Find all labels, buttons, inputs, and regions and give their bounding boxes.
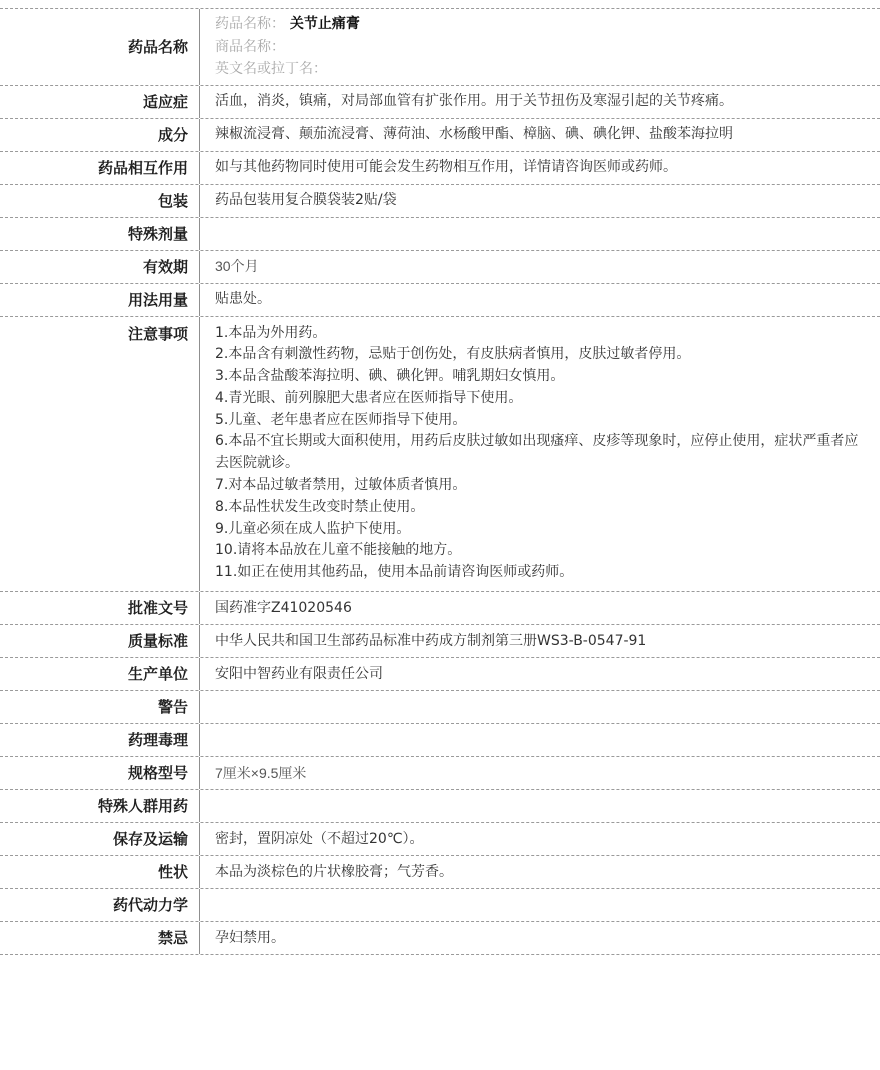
table-row-manufacturer: 生产单位 安阳中智药业有限责任公司 [0,658,880,691]
note-line: 7.对本品过敏者禁用，过敏体质者慎用。 [215,475,866,497]
table-row-packaging: 包装 药品包装用复合膜袋装2贴/袋 [0,185,880,218]
row-value: 药品包装用复合膜袋装2贴/袋 [200,185,880,217]
name-line: 商品名称： [215,36,866,59]
table-row-drug-interactions: 药品相互作用 如与其他药物同时使用可能会发生药物相互作用，详情请咨询医师或药师。 [0,152,880,185]
row-label: 药理毒理 [0,724,200,756]
row-label: 注意事项 [0,317,200,592]
note-line: 9.儿童必须在成人监护下使用。 [215,519,866,541]
row-label: 药代动力学 [0,889,200,921]
row-value: 安阳中智药业有限责任公司 [200,658,880,690]
field-prefix: 英文名或拉丁名： [215,61,327,77]
table-row-approval-number: 批准文号 国药准字Z41020546 [0,592,880,625]
table-row-pharmacology-toxicology: 药理毒理 [0,724,880,757]
note-line: 10.请将本品放在儿童不能接触的地方。 [215,540,866,562]
row-value: 孕妇禁用。 [200,922,880,954]
row-value: 药品名称： 关节止痛膏商品名称：英文名或拉丁名： [200,9,880,85]
row-value [200,691,880,723]
row-label: 有效期 [0,251,200,283]
table-row-drug-name: 药品名称 药品名称： 关节止痛膏商品名称：英文名或拉丁名： [0,9,880,86]
row-value: 7厘米×9.5厘米 [200,757,880,789]
note-line: 8.本品性状发生改变时禁止使用。 [215,497,866,519]
row-value: 贴患处。 [200,284,880,316]
field-prefix: 商品名称： [215,39,285,55]
row-label: 保存及运输 [0,823,200,855]
table-row-special-dosage: 特殊剂量 [0,218,880,251]
row-value: 如与其他药物同时使用可能会发生药物相互作用，详情请咨询医师或药师。 [200,152,880,184]
row-label: 药品名称 [0,9,200,85]
row-label: 药品相互作用 [0,152,200,184]
row-label: 禁忌 [0,922,200,954]
row-value [200,218,880,250]
drug-detail-page: 药品名称 药品名称： 关节止痛膏商品名称：英文名或拉丁名： 适应症 活血，消炎，… [0,0,880,1070]
row-value [200,790,880,822]
note-line: 5.儿童、老年患者应在医师指导下使用。 [215,410,866,432]
table-row-precautions: 注意事项 1.本品为外用药。2.本品含有刺激性药物，忌贴于创伤处，有皮肤病者慎用… [0,317,880,593]
row-label: 包装 [0,185,200,217]
table-row-contraindications: 禁忌 孕妇禁用。 [0,922,880,955]
row-label: 规格型号 [0,757,200,789]
field-value: 关节止痛膏 [285,16,360,32]
row-label: 质量标准 [0,625,200,657]
row-label: 批准文号 [0,592,200,624]
table-row-quality-standard: 质量标准 中华人民共和国卫生部药品标准中药成方制剂第三册WS3-B-0547-9… [0,625,880,658]
row-label: 警告 [0,691,200,723]
drug-info-table: 药品名称 药品名称： 关节止痛膏商品名称：英文名或拉丁名： 适应症 活血，消炎，… [0,8,880,955]
table-row-warning: 警告 [0,691,880,724]
table-row-shelf-life: 有效期 30个月 [0,251,880,284]
note-line: 4.青光眼、前列腺肥大患者应在医师指导下使用。 [215,388,866,410]
row-label: 适应症 [0,86,200,118]
row-label: 特殊人群用药 [0,790,200,822]
table-row-spec-model: 规格型号 7厘米×9.5厘米 [0,757,880,790]
name-line: 药品名称： 关节止痛膏 [215,13,866,36]
row-label: 用法用量 [0,284,200,316]
row-label: 性状 [0,856,200,888]
row-value: 辣椒流浸膏、颠茄流浸膏、薄荷油、水杨酸甲酯、樟脑、碘、碘化钾、盐酸苯海拉明 [200,119,880,151]
row-value: 国药准字Z41020546 [200,592,880,624]
table-row-description: 性状 本品为淡棕色的片状橡胶膏；气芳香。 [0,856,880,889]
row-value: 30个月 [200,251,880,283]
name-line: 英文名或拉丁名： [215,58,866,81]
row-value [200,724,880,756]
row-label: 特殊剂量 [0,218,200,250]
table-row-storage-transport: 保存及运输 密封，置阴凉处（不超过20℃）。 [0,823,880,856]
row-value: 活血，消炎，镇痛，对局部血管有扩张作用。用于关节扭伤及寒湿引起的关节疼痛。 [200,86,880,118]
row-value [200,889,880,921]
note-line: 1.本品为外用药。 [215,323,866,345]
table-row-usage-dosage: 用法用量 贴患处。 [0,284,880,317]
note-line: 11.如正在使用其他药品，使用本品前请咨询医师或药师。 [215,562,866,584]
row-label: 生产单位 [0,658,200,690]
note-line: 3.本品含盐酸苯海拉明、碘、碘化钾。哺乳期妇女慎用。 [215,366,866,388]
row-value: 中华人民共和国卫生部药品标准中药成方制剂第三册WS3-B-0547-91 [200,625,880,657]
table-row-special-populations: 特殊人群用药 [0,790,880,823]
table-row-ingredients: 成分 辣椒流浸膏、颠茄流浸膏、薄荷油、水杨酸甲酯、樟脑、碘、碘化钾、盐酸苯海拉明 [0,119,880,152]
row-label: 成分 [0,119,200,151]
row-value: 本品为淡棕色的片状橡胶膏；气芳香。 [200,856,880,888]
row-value: 密封，置阴凉处（不超过20℃）。 [200,823,880,855]
table-row-pharmacokinetics: 药代动力学 [0,889,880,922]
field-prefix: 药品名称： [215,16,285,32]
note-line: 2.本品含有刺激性药物，忌贴于创伤处，有皮肤病者慎用，皮肤过敏者停用。 [215,344,866,366]
row-value: 1.本品为外用药。2.本品含有刺激性药物，忌贴于创伤处，有皮肤病者慎用，皮肤过敏… [200,317,880,592]
table-row-indications: 适应症 活血，消炎，镇痛，对局部血管有扩张作用。用于关节扭伤及寒湿引起的关节疼痛… [0,86,880,119]
note-line: 6.本品不宜长期或大面积使用，用药后皮肤过敏如出现瘙痒、皮疹等现象时，应停止使用… [215,431,866,475]
